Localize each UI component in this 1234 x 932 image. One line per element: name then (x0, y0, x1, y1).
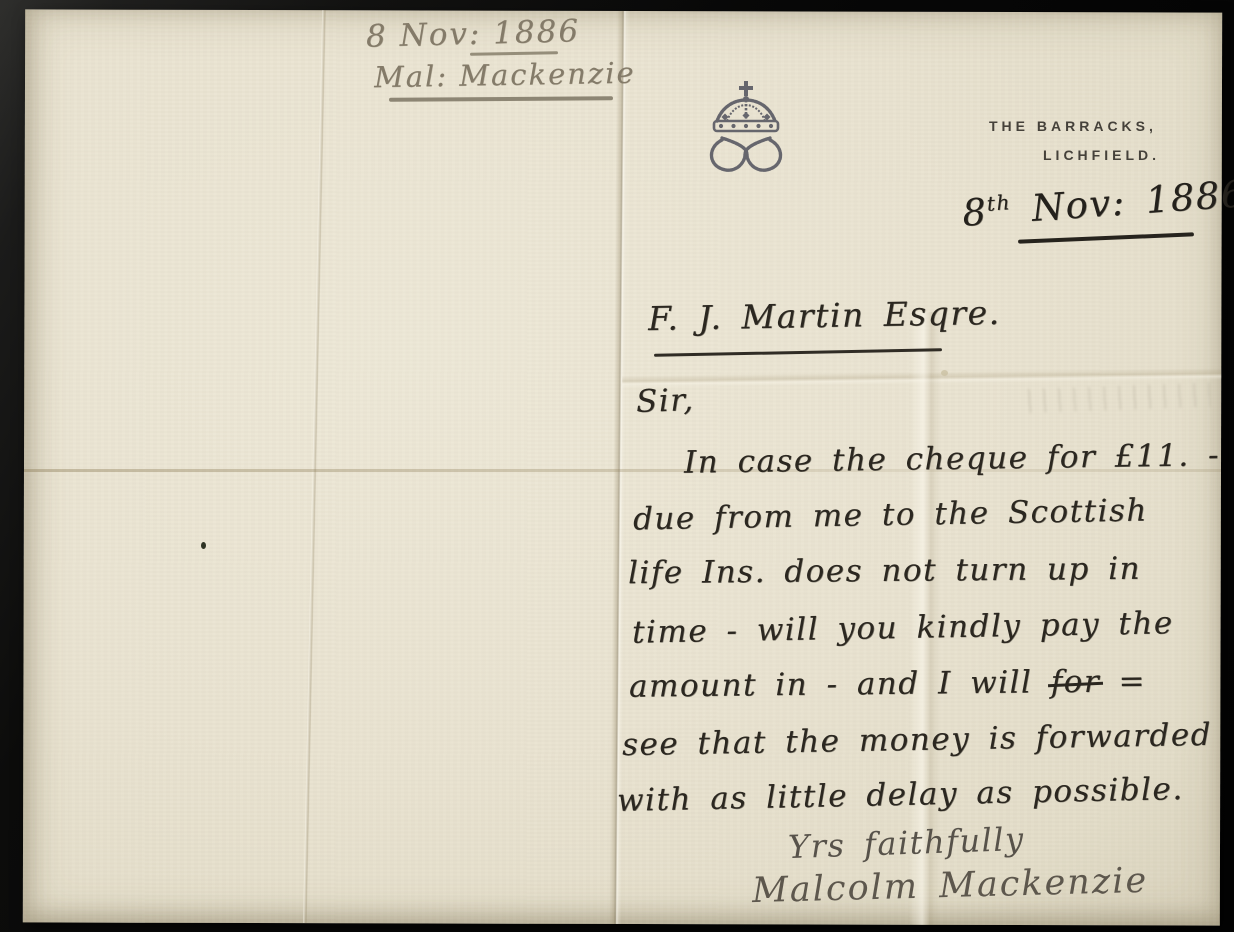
letterhead-address-line1: THE BARRACKS, (989, 118, 1157, 134)
ink-underline (389, 96, 613, 102)
recipient-line: F. J. Martin Esqre. (648, 293, 1001, 338)
paper-spot (941, 370, 948, 376)
archival-note-name: Mal: Mackenzie (374, 56, 636, 95)
crown-knot-emblem-graphic (700, 80, 792, 176)
body-line-6: see that the money is forwarded (622, 717, 1213, 763)
body-line-3: life Ins. does not turn up in (628, 551, 1141, 591)
date-day: 8 (961, 190, 989, 235)
body-line-5: amount in - and I will for = (629, 663, 1146, 704)
crown-icon (714, 81, 778, 131)
letter-date: 8th Nov: 1886 (961, 172, 1234, 235)
closing-line: Yrs faithfully (787, 820, 1025, 866)
salutation: Sir, (635, 382, 695, 420)
ink-speck (201, 542, 206, 549)
body-line-2: due from me to the Scottish (633, 493, 1148, 538)
regimental-emblem (700, 80, 792, 176)
body-line-5-pre: amount in - and I will (629, 664, 1051, 704)
archival-note-date: 8 Nov: 1886 (366, 13, 581, 55)
body-line-4: time - will you kindly pay the (632, 605, 1174, 650)
struck-out-word: for (1051, 664, 1101, 701)
signature: Malcolm Mackenzie (752, 861, 1149, 911)
body-line-5-post: = (1100, 663, 1146, 699)
letter-content: 8 Nov: 1886 Mal: Mackenzie (0, 0, 1234, 932)
ink-showthrough (1022, 383, 1211, 414)
date-underline (1018, 232, 1194, 243)
body-line-1: In case the cheque for £11. - (684, 437, 1220, 480)
date-rest: Nov: 1886 (1010, 172, 1234, 231)
body-line-7: with as little delay as possible. (617, 771, 1184, 819)
scanned-letter-page: 8 Nov: 1886 Mal: Mackenzie (0, 0, 1234, 932)
ink-underline (470, 51, 558, 56)
recipient-underline (654, 348, 942, 356)
stafford-knot-icon (712, 138, 781, 170)
date-ordinal: th (986, 190, 1012, 216)
letterhead-address-line2: LICHFIELD. (1043, 147, 1160, 163)
